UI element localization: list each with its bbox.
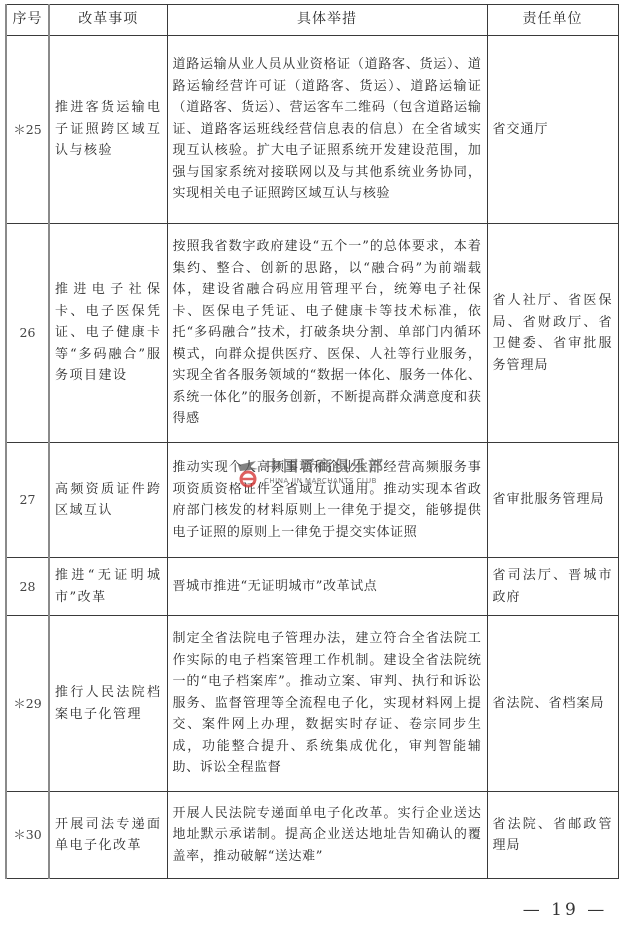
reform-item: 推行人民法院档案电子化管理 [49,616,167,792]
serial-number: ＊25 [6,36,49,224]
responsible-unit: 省法院、省邮政管理局 [487,792,618,879]
serial-number: 26 [6,224,49,443]
reform-item: 高频资质证件跨区域互认 [49,443,167,558]
page-number: — 19 — [520,900,610,920]
responsible-unit: 省法院、省档案局 [487,616,618,792]
specific-measures: 开展人民法院专递面单电子化改革。实行企业送达地址默示承诺制。提高企业送达地址告知… [167,792,487,879]
reform-item: 开展司法专递面单电子化改革 [49,792,167,879]
serial-number: 28 [6,558,49,616]
table-header-row: 序号 改革事项 具体举措 责任单位 [6,5,618,36]
reform-measures-table: 序号 改革事项 具体举措 责任单位 ＊25 推进客货运输电子证照跨区域互认与核验… [5,4,619,879]
reform-item: 推进客货运输电子证照跨区域互认与核验 [49,36,167,224]
responsible-unit: 省交通厅 [487,36,618,224]
header-reform-item: 改革事项 [49,5,167,36]
table-row: 28 推进“无证明城市”改革 晋城市推进“无证明城市”改革试点 省司法厅、晋城市… [6,558,618,616]
serial-number: ＊30 [6,792,49,879]
responsible-unit: 省司法厅、晋城市政府 [487,558,618,616]
table-row: 27 高频资质证件跨区域互认 推动实现个人高频事项和企业生产经营高频服务事项资质… [6,443,618,558]
specific-measures: 晋城市推进“无证明城市”改革试点 [167,558,487,616]
responsible-unit: 省审批服务管理局 [487,443,618,558]
serial-number: 27 [6,443,49,558]
table-row: ＊25 推进客货运输电子证照跨区域互认与核验 道路运输从业人员从业资格证（道路客… [6,36,618,224]
header-specific-measures: 具体举措 [167,5,487,36]
table-row: ＊30 开展司法专递面单电子化改革 开展人民法院专递面单电子化改革。实行企业送达… [6,792,618,879]
specific-measures: 道路运输从业人员从业资格证（道路客、货运）、道路运输经营许可证（道路客、货运）、… [167,36,487,224]
responsible-unit: 省人社厅、省医保局、省财政厅、省卫健委、省审批服务管理局 [487,224,618,443]
specific-measures: 按照我省数字政府建设“五个一”的总体要求，本着集约、整合、创新的思路，以“融合码… [167,224,487,443]
table-row: ＊29 推行人民法院档案电子化管理 制定全省法院电子管理办法，建立符合全省法院工… [6,616,618,792]
table-row: 26 推进电子社保卡、电子医保凭证、电子健康卡等“多码融合”服务项目建设 按照我… [6,224,618,443]
serial-number: ＊29 [6,616,49,792]
specific-measures: 推动实现个人高频事项和企业生产经营高频服务事项资质资格证件全省域互认通用。推动实… [167,443,487,558]
header-responsible-unit: 责任单位 [487,5,618,36]
header-serial-number: 序号 [6,5,49,36]
document-page: 序号 改革事项 具体举措 责任单位 ＊25 推进客货运输电子证照跨区域互认与核验… [0,0,627,939]
specific-measures: 制定全省法院电子管理办法，建立符合全省法院工作实际的电子档案管理工作机制。建设全… [167,616,487,792]
reform-item: 推进电子社保卡、电子医保凭证、电子健康卡等“多码融合”服务项目建设 [49,224,167,443]
reform-item: 推进“无证明城市”改革 [49,558,167,616]
